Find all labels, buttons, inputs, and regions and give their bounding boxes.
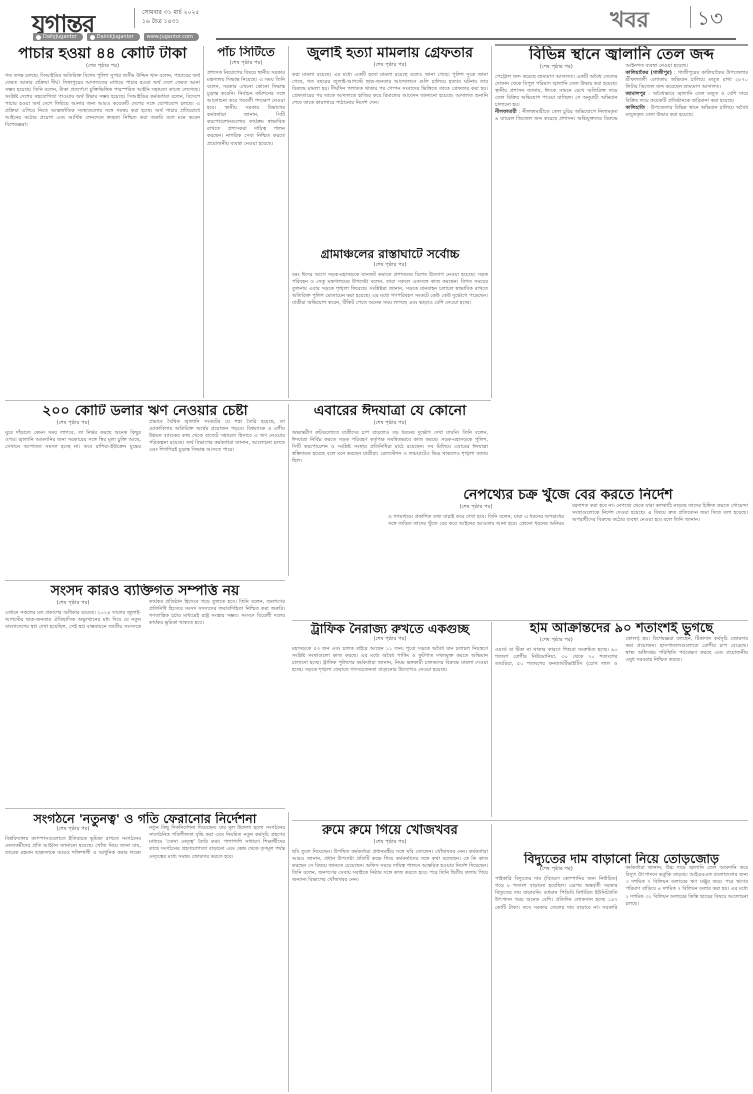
sub-report: কালিয়াকৈর (গাজীপুর) : গাজীপুরের কালিয়া…	[626, 70, 749, 91]
headline: বিদ্যুতের দাম বাড়ানো নিয়ে তোড়জোড়	[495, 852, 748, 865]
headline: ২০০ কোটি ডলার ঋণ নেওয়ার চেষ্টা	[5, 404, 285, 419]
continuation-label: (শেষ পৃষ্ঠার পর)	[292, 636, 488, 644]
article-body: গত তদন্ত চলছে। সিআইডির অতিরিক্ত বিশেষ পু…	[5, 73, 200, 130]
twitter-icon	[36, 35, 41, 40]
article-panch-city: পাঁচ সিটিতে (শেষ পৃষ্ঠার পর) প্রশাসক নিয…	[207, 46, 285, 398]
continuation-label: (শেষ পৃষ্ঠার পর)	[495, 637, 618, 645]
headline: পাঁচ সিটিতে	[207, 46, 285, 59]
masthead: যুগান্তর সোমবার ৩১ মার্চ ২০২৫ ১৬ চৈত্র ১…	[0, 0, 753, 42]
column-rule	[288, 812, 289, 1092]
article-ham: হাম আক্রান্তদের ৯০ শতাংশই ভুগছে (শেষ পৃষ…	[495, 622, 748, 817]
article-rastaghat: গ্রামাঞ্চলের রাস্তাঘাটে সর্বোচ্চ (শেষ পৃ…	[292, 248, 488, 398]
social-links: DailyJugantor DainikJugantor www.juganto…	[33, 33, 199, 41]
column-rule	[491, 622, 492, 817]
facebook-link[interactable]: DainikJugantor	[87, 33, 140, 41]
article-eid-jatra: এবারের ঈদযাত্রা যে কোনো (শেষ পৃষ্ঠার পর)…	[292, 404, 488, 484]
twitter-link[interactable]: DailyJugantor	[33, 33, 83, 41]
column-rule	[288, 46, 289, 398]
headline: নেপথ্যের চক্র খুঁজে বের করতে নির্দেশ	[388, 488, 748, 503]
date-bengali: ১৬ চৈত্র ১৪৩১	[142, 17, 199, 26]
article-body: অভ্যন্তরীণ রুটগুলোতে যাত্রীদের চাপ বাড়ল…	[292, 430, 488, 465]
continuation-label: (শেষ পৃষ্ঠার পর)	[292, 420, 488, 428]
article-body: পেট্রোল জব্দ করেছে ভ্রাম্যমাণ আদালত। একট…	[495, 74, 618, 109]
facebook-icon	[90, 35, 95, 40]
column-rule	[491, 824, 492, 1092]
section-title: খবর	[610, 3, 649, 40]
row-rule	[292, 820, 748, 821]
row-rule	[292, 620, 748, 621]
section-divider	[690, 6, 691, 28]
continuation-label: (শেষ পৃষ্ঠার পর)	[5, 826, 141, 834]
headline: হাম আক্রান্তদের ৯০ শতাংশই ভুগছে	[495, 622, 748, 636]
page-number: ১৩	[697, 4, 723, 37]
date-gregorian: সোমবার ৩১ মার্চ ২০২৫	[142, 8, 199, 17]
continuation-label: (শেষ পৃষ্ঠার পর)	[495, 866, 618, 874]
article-biddut: বিদ্যুতের দাম বাড়ানো নিয়ে তোড়জোড় (শে…	[495, 852, 748, 1092]
article-pachar: পাচার হওয়া ৪৪ কোটি টাকা (শেষ পৃষ্ঠার পর…	[5, 46, 200, 398]
headline: ট্রাফিক নৈরাজ্য রুখতে একগুচ্ছ	[292, 622, 488, 635]
headline: জুলাই হত্যা মামলায় গ্রেফতার	[292, 46, 488, 61]
article-body: বরং ঈদের আগে সড়ক-মহাসড়কে যানজট কমাতে প…	[292, 272, 488, 307]
headline: সংগঠনে 'নতুনত্ব' ও গতি ফেরানোর নির্দেশনা	[5, 812, 285, 825]
article-traffic: ট্রাফিক নৈরাজ্য রুখতে একগুচ্ছ (শেষ পৃষ্ঠ…	[292, 622, 488, 817]
headline: বিভিন্ন স্থানে জ্বালানি তেল জব্দ	[495, 47, 748, 63]
article-rin-chesta: ২০০ কোটি ডলার ঋণ নেওয়ার চেষ্টা (শেষ পৃষ…	[5, 404, 285, 576]
sub-report: জামালপুর : অবৈধভাবে জ্বালানি তেল মজুত ও …	[626, 91, 749, 105]
continuation-label: (শেষ পৃষ্ঠার পর)	[292, 62, 488, 70]
headline: এবারের ঈদযাত্রা যে কোনো	[292, 404, 488, 419]
row-rule	[5, 808, 285, 809]
headline: সংসদ কারও ব্যক্তিগত সম্পত্তি নয়	[5, 584, 285, 599]
continuation-label: (শেষ পৃষ্ঠার পর)	[5, 63, 200, 71]
article-sangsad: সংসদ কারও ব্যক্তিগত সম্পত্তি নয় (শেষ পৃ…	[5, 584, 285, 804]
article-body: ছবি তুলে নিয়েছেন। উপস্থিত কর্মকর্তারা প…	[292, 849, 488, 884]
continuation-label: (শেষ পৃষ্ঠার পর)	[292, 262, 488, 270]
headline: রুমে রুমে গিয়ে খোঁজখবর	[292, 824, 488, 838]
issue-date: সোমবার ৩১ মার্চ ২০২৫ ১৬ চৈত্র ১৪৩১	[142, 8, 199, 26]
article-nepother-chakra: নেপথ্যের চক্র খুঁজে বের করতে নির্দেশ (শে…	[388, 488, 748, 618]
article-body: করা মামলা রয়েছে। এর মধ্যে একটি হত্যা মা…	[292, 72, 488, 107]
row-rule	[5, 580, 285, 581]
column-rule	[288, 404, 289, 576]
article-body: প্রশাসক নিয়োগের বিষয়ে স্থানীয় সরকার ম…	[207, 70, 285, 148]
column-rule	[491, 46, 492, 398]
continuation-label: (শেষ পৃষ্ঠার পর)	[388, 504, 564, 512]
article-rume-rume: রুমে রুমে গিয়ে খোঁজখবর (শেষ পৃষ্ঠার পর)…	[292, 824, 488, 1092]
website-link[interactable]: www.jugantor.com	[144, 33, 199, 41]
headline: পাচার হওয়া ৪৪ কোটি টাকা	[5, 46, 200, 62]
continuation-label: (শেষ পৃষ্ঠার পর)	[207, 60, 285, 68]
masthead-rule	[216, 38, 736, 40]
continuation-label: (শেষ পৃষ্ঠার পর)	[5, 600, 141, 608]
article-body: মহাসড়কে ৫৩ জন এবং চালক বাইরে আছেন ১১ জন…	[292, 646, 488, 674]
continuation-label: (শেষ পৃষ্ঠার পর)	[292, 839, 488, 847]
headline: গ্রামাঞ্চলের রাস্তাঘাটে সর্বোচ্চ	[292, 248, 488, 261]
continuation-label: (শেষ পৃষ্ঠার পর)	[5, 420, 141, 428]
sub-report: কালিহাতি : উপজেলার বিভিন্ন স্থানে অভিযান…	[626, 105, 749, 119]
row-rule	[5, 400, 491, 401]
masthead-divider	[134, 8, 135, 28]
article-jalani-tel: বিভিন্ন স্থানে জ্বালানি তেল জব্দ (শেষ পৃ…	[495, 44, 748, 484]
column-rule	[203, 46, 204, 398]
article-july-hatya: জুলাই হত্যা মামলায় গ্রেফতার (শেষ পৃষ্ঠা…	[292, 46, 488, 246]
continuation-label: (শেষ পৃষ্ঠার পর)	[495, 64, 618, 72]
article-natuntatva: সংগঠনে 'নতুনত্ব' ও গতি ফেরানোর নির্দেশনা…	[5, 812, 285, 1092]
